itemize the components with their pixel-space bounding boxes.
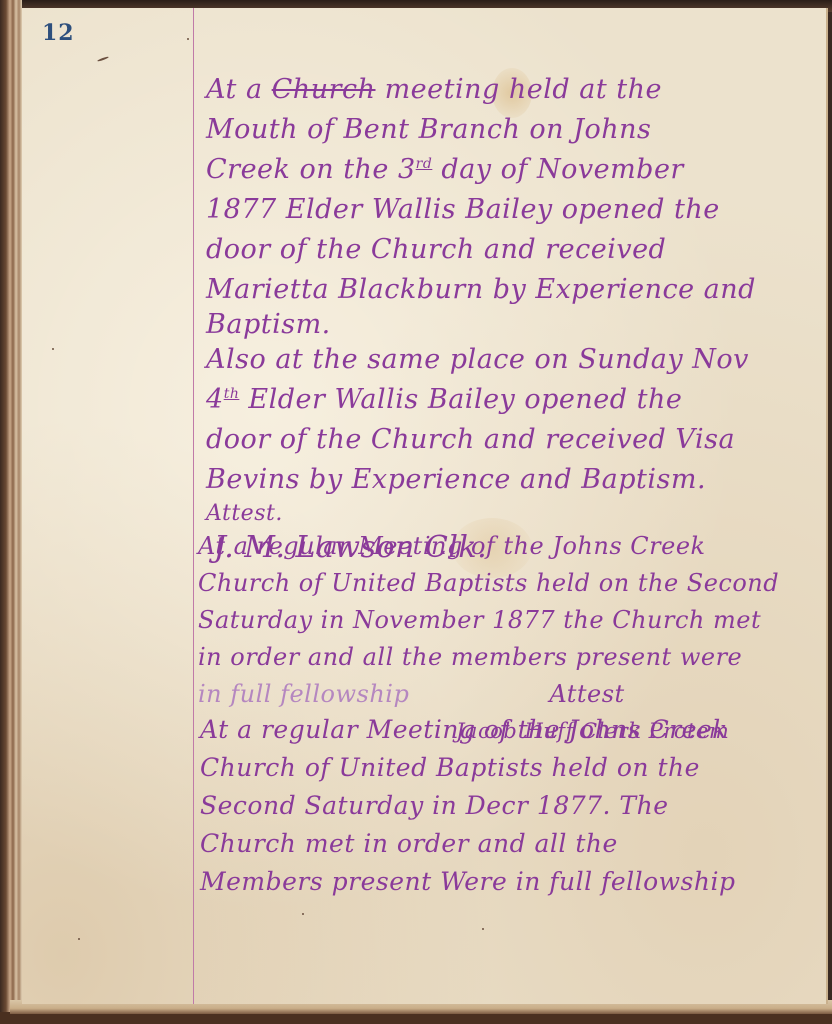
entry-line: Mouth of Bent Branch on Johns <box>206 110 756 150</box>
page-number: 12 <box>42 20 75 46</box>
faded-text: in full fellowship <box>198 680 409 708</box>
struck-word: Church <box>272 74 376 105</box>
entry-line: in full fellowshipAttest <box>198 676 779 713</box>
entry-line: door of the Church and received <box>206 230 756 270</box>
entry-line: Members present Were in full fellowship <box>200 863 736 901</box>
minutes-entry-nov-3-1877: At a Church meeting held at the Mouth of… <box>206 70 756 568</box>
minutes-entry-dec-1877-regular: At a regular Meeting of the Johns Creek … <box>200 711 736 901</box>
attest-label: Attest <box>549 680 624 708</box>
entry-line: Second Saturday in Decr 1877. The <box>200 787 736 825</box>
entry-line: At a regular Meeting of the Johns Creek <box>198 528 779 565</box>
entry-line: Baptism. <box>206 310 756 340</box>
ink-speck <box>78 938 80 940</box>
entry-line: At a Church meeting held at the <box>206 70 756 110</box>
entry-line: Also at the same place on Sunday Nov <box>206 340 756 380</box>
entry-line: Marietta Blackburn by Experience and <box>206 270 756 310</box>
book-spine-edge <box>0 0 22 1024</box>
entry-line: in order and all the members present wer… <box>198 639 779 676</box>
entry-line: Church of United Baptists held on the <box>200 749 736 787</box>
ledger-page: 12 At a Church meeting held at the Mouth… <box>22 8 828 1004</box>
entry-line: 1877 Elder Wallis Bailey opened the <box>206 190 756 230</box>
entry-line: 4th Elder Wallis Bailey opened the <box>206 380 756 420</box>
ink-speck <box>97 56 109 62</box>
ink-speck <box>52 348 54 350</box>
ink-speck <box>302 913 304 915</box>
entry-line: door of the Church and received Visa <box>206 420 756 460</box>
entry-line: Bevins by Experience and Baptism. <box>206 460 756 500</box>
ink-speck <box>187 38 189 40</box>
entry-line: Church met in order and all the <box>200 825 736 863</box>
margin-rule <box>193 8 194 1004</box>
attest-label: Attest. <box>206 500 756 528</box>
ink-speck <box>482 928 484 930</box>
entry-line: Creek on the 3rd day of November <box>206 150 756 190</box>
entry-line: Saturday in November 1877 the Church met <box>198 602 779 639</box>
entry-line: Church of United Baptists held on the Se… <box>198 565 779 602</box>
entry-line: At a regular Meeting of the Johns Creek <box>200 711 736 749</box>
